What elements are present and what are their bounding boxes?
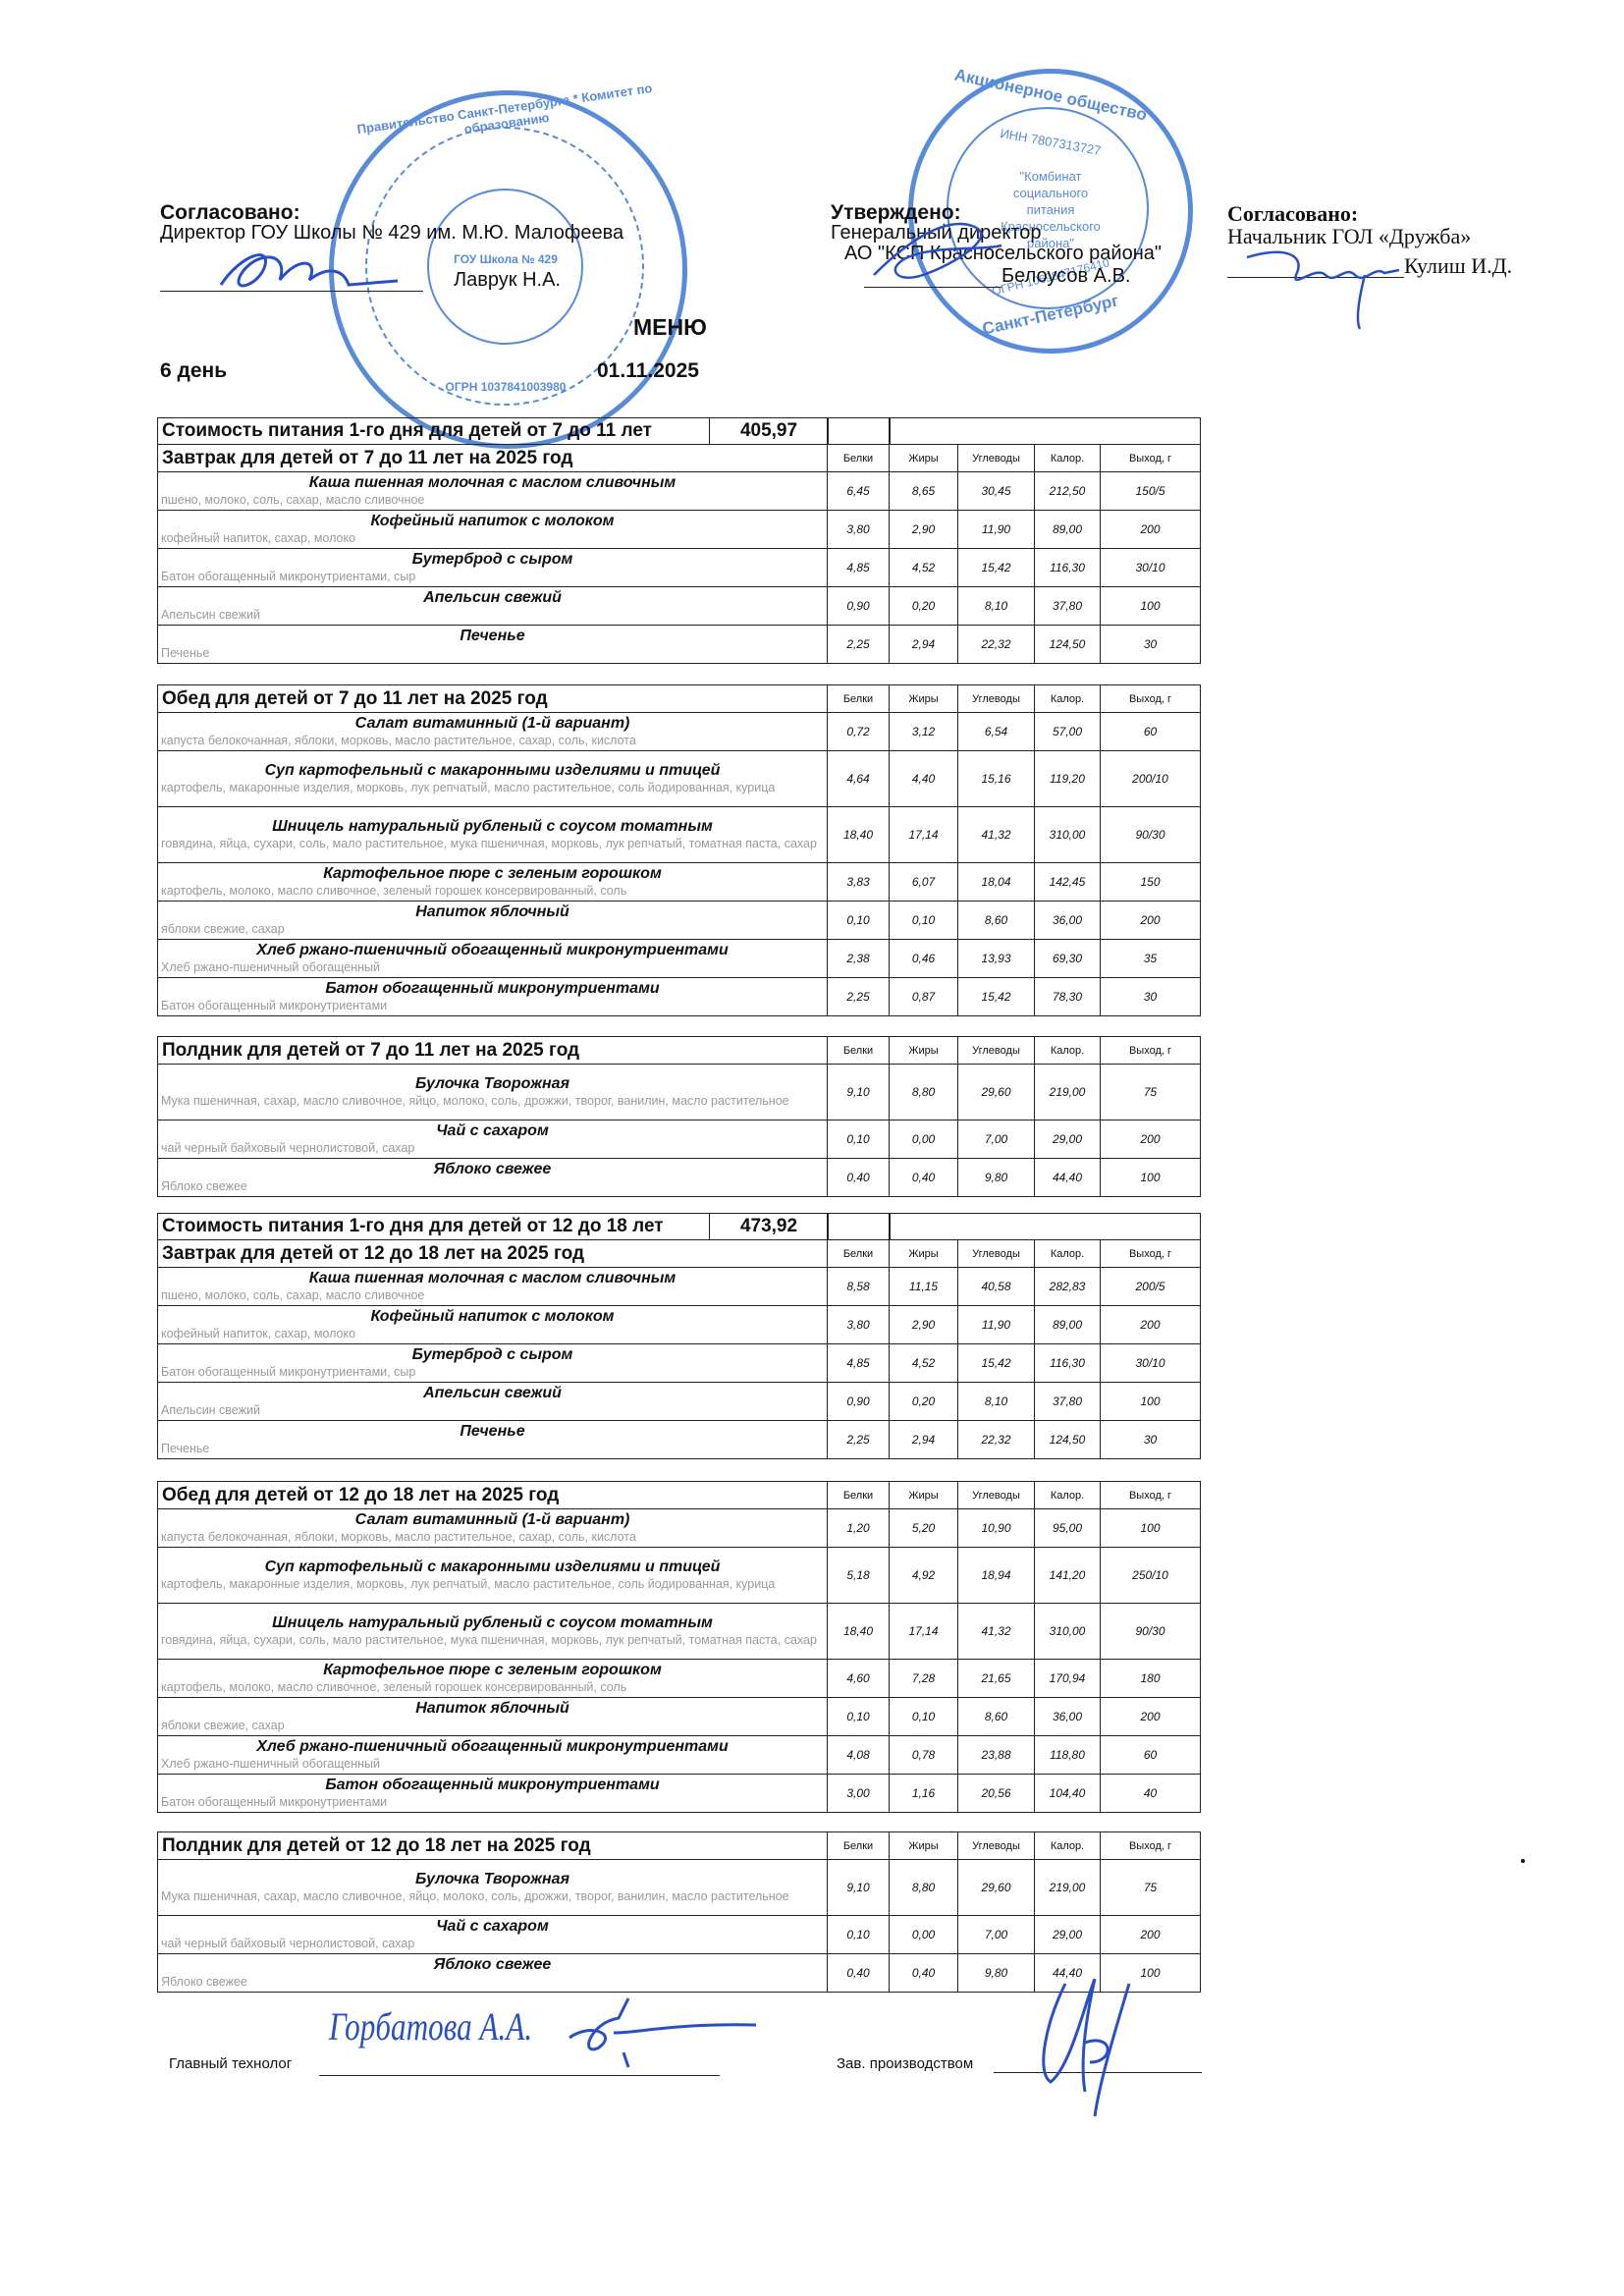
- nutrition-value: 75: [1101, 1065, 1201, 1121]
- section-header-row: Обед для детей от 12 до 18 лет на 2025 г…: [158, 1482, 1201, 1509]
- dish-cell: Картофельное пюре с зеленым горошкомкарт…: [158, 1660, 828, 1698]
- dish-ingredients: Хлеб ржано-пшеничный обогащенный: [161, 959, 824, 976]
- dish-name: Булочка Творожная: [161, 1871, 824, 1888]
- dish-cell: Хлеб ржано-пшеничный обогащенный микрону…: [158, 1736, 828, 1775]
- nutrition-value: 30/10: [1101, 1344, 1201, 1383]
- nutrition-value: 11,15: [890, 1268, 958, 1306]
- nutrition-value: 37,80: [1035, 1383, 1101, 1421]
- nutrition-value: 15,42: [958, 1344, 1035, 1383]
- nutrition-value: 0,40: [828, 1954, 890, 1993]
- nutrition-value: 18,04: [958, 863, 1035, 902]
- nutrition-value: 60: [1101, 713, 1201, 751]
- column-header: Калор.: [1035, 1037, 1101, 1065]
- nutrition-value: 2,94: [890, 626, 958, 664]
- nutrition-value: 2,25: [828, 1421, 890, 1459]
- nutrition-value: 30/10: [1101, 549, 1201, 587]
- dish-ingredients: Печенье: [161, 645, 824, 662]
- dish-row: ПеченьеПеченье2,252,9422,32124,5030: [158, 1421, 1201, 1459]
- nutrition-value: 11,90: [958, 1306, 1035, 1344]
- nutrition-value: 40,58: [958, 1268, 1035, 1306]
- nutrition-value: 104,40: [1035, 1775, 1101, 1813]
- dish-ingredients: Батон обогащенный микронутриентами: [161, 1794, 824, 1811]
- nutrition-value: 4,60: [828, 1660, 890, 1698]
- dish-row: Батон обогащенный микронутриентамиБатон …: [158, 978, 1201, 1016]
- section-title: Обед для детей от 12 до 18 лет на 2025 г…: [158, 1482, 828, 1509]
- nutrition-value: 4,40: [890, 751, 958, 807]
- cost-value: 473,92: [709, 1214, 828, 1239]
- nutrition-value: 0,10: [890, 902, 958, 940]
- nutrition-value: 90/30: [1101, 1604, 1201, 1660]
- nutrition-value: 41,32: [958, 807, 1035, 863]
- nutrition-value: 29,60: [958, 1860, 1035, 1916]
- nutrition-value: 13,93: [958, 940, 1035, 978]
- nutrition-value: 8,60: [958, 902, 1035, 940]
- dish-cell: Шницель натуральный рубленый с соусом то…: [158, 1604, 828, 1660]
- dish-row: Шницель натуральный рубленый с соусом то…: [158, 1604, 1201, 1660]
- dish-cell: ПеченьеПеченье: [158, 1421, 828, 1459]
- nutrition-value: 200: [1101, 511, 1201, 549]
- nutrition-value: 2,94: [890, 1421, 958, 1459]
- dish-name: Картофельное пюре с зеленым горошком: [161, 1662, 824, 1679]
- nutrition-value: 78,30: [1035, 978, 1101, 1016]
- dish-row: Суп картофельный с макаронными изделиями…: [158, 751, 1201, 807]
- nutrition-value: 212,50: [1035, 472, 1101, 511]
- dish-row: Картофельное пюре с зеленым горошкомкарт…: [158, 1660, 1201, 1698]
- nutrition-value: 8,65: [890, 472, 958, 511]
- production-head-signature: [1026, 1974, 1144, 2121]
- nutrition-value: 200/5: [1101, 1268, 1201, 1306]
- nutrition-value: 6,45: [828, 472, 890, 511]
- dish-ingredients: Мука пшеничная, сахар, масло сливочное, …: [161, 1888, 824, 1905]
- nutrition-value: 170,94: [1035, 1660, 1101, 1698]
- nutrition-value: 7,00: [958, 1121, 1035, 1159]
- dish-name: Бутерброд с сыром: [161, 1346, 824, 1364]
- nutrition-value: 4,52: [890, 549, 958, 587]
- menu-table: Обед для детей от 7 до 11 лет на 2025 го…: [157, 684, 1201, 1016]
- nutrition-value: 89,00: [1035, 1306, 1101, 1344]
- dish-name: Батон обогащенный микронутриентами: [161, 1777, 824, 1794]
- nutrition-value: 22,32: [958, 1421, 1035, 1459]
- dish-cell: Апельсин свежийАпельсин свежий: [158, 1383, 828, 1421]
- dish-cell: Каша пшенная молочная с маслом сливочным…: [158, 1268, 828, 1306]
- dish-cell: Кофейный напиток с молокомкофейный напит…: [158, 511, 828, 549]
- column-header: Белки: [828, 1037, 890, 1065]
- dish-ingredients: говядина, яйца, сухари, соль, мало расти…: [161, 836, 824, 852]
- nutrition-value: 9,10: [828, 1065, 890, 1121]
- nutrition-value: 200: [1101, 1916, 1201, 1954]
- nutrition-value: 17,14: [890, 807, 958, 863]
- nutrition-value: 200: [1101, 1306, 1201, 1344]
- dish-name: Суп картофельный с макаронными изделиями…: [161, 762, 824, 780]
- nutrition-value: 89,00: [1035, 511, 1101, 549]
- dish-cell: Яблоко свежееЯблоко свежее: [158, 1954, 828, 1993]
- nutrition-value: 90/30: [1101, 807, 1201, 863]
- nutrition-value: 22,32: [958, 626, 1035, 664]
- nutrition-value: 9,80: [958, 1954, 1035, 1993]
- nutrition-value: 29,60: [958, 1065, 1035, 1121]
- nutrition-value: 75: [1101, 1860, 1201, 1916]
- nutrition-value: 0,72: [828, 713, 890, 751]
- nutrition-value: 0,10: [828, 1916, 890, 1954]
- dish-ingredients: Батон обогащенный микронутриентами: [161, 998, 824, 1014]
- dish-ingredients: Апельсин свежий: [161, 1402, 824, 1419]
- director-signature: [211, 236, 407, 304]
- dish-ingredients: говядина, яйца, сухари, соль, мало расти…: [161, 1632, 824, 1649]
- column-header: Калор.: [1035, 1832, 1101, 1860]
- dish-name: Суп картофельный с макаронными изделиями…: [161, 1558, 824, 1576]
- dish-ingredients: яблоки свежие, сахар: [161, 921, 824, 938]
- dish-row: Картофельное пюре с зеленым горошкомкарт…: [158, 863, 1201, 902]
- dish-name: Салат витаминный (1-й вариант): [161, 715, 824, 733]
- nutrition-value: 219,00: [1035, 1860, 1101, 1916]
- dish-name: Чай с сахаром: [161, 1918, 824, 1936]
- nutrition-value: 116,30: [1035, 1344, 1101, 1383]
- nutrition-value: 35: [1101, 940, 1201, 978]
- dish-name: Бутерброд с сыром: [161, 551, 824, 569]
- nutrition-value: 41,32: [958, 1604, 1035, 1660]
- nutrition-value: 2,25: [828, 978, 890, 1016]
- nutrition-value: 310,00: [1035, 1604, 1101, 1660]
- nutrition-value: 2,25: [828, 626, 890, 664]
- dish-cell: Бутерброд с сыромБатон обогащенный микро…: [158, 1344, 828, 1383]
- school-stamp-center: ГОУ Школа № 429: [432, 252, 579, 266]
- dish-name: Апельсин свежий: [161, 589, 824, 607]
- dish-cell: Булочка ТворожнаяМука пшеничная, сахар, …: [158, 1860, 828, 1916]
- column-header: Жиры: [890, 1240, 958, 1268]
- nutrition-value: 60: [1101, 1736, 1201, 1775]
- nutrition-value: 7,00: [958, 1916, 1035, 1954]
- nutrition-value: 150: [1101, 863, 1201, 902]
- nutrition-value: 10,90: [958, 1509, 1035, 1548]
- column-header: Выход, г: [1101, 1482, 1201, 1509]
- nutrition-value: 200: [1101, 902, 1201, 940]
- nutrition-value: 0,10: [828, 1698, 890, 1736]
- nutrition-value: 282,83: [1035, 1268, 1101, 1306]
- nutrition-value: 15,42: [958, 549, 1035, 587]
- column-header: Жиры: [890, 685, 958, 713]
- dish-cell: Хлеб ржано-пшеничный обогащенный микрону…: [158, 940, 828, 978]
- nutrition-value: 0,40: [828, 1159, 890, 1197]
- technologist-signature: [560, 1994, 776, 2072]
- column-header: Углеводы: [958, 1240, 1035, 1268]
- dish-cell: Салат витаминный (1-й вариант)капуста бе…: [158, 1509, 828, 1548]
- dish-name: Напиток яблочный: [161, 903, 824, 921]
- nutrition-value: 0,00: [890, 1121, 958, 1159]
- column-header: Калор.: [1035, 1482, 1101, 1509]
- dish-row: Салат витаминный (1-й вариант)капуста бе…: [158, 1509, 1201, 1548]
- nutrition-value: 3,83: [828, 863, 890, 902]
- nutrition-value: 8,60: [958, 1698, 1035, 1736]
- nutrition-value: 36,00: [1035, 1698, 1101, 1736]
- document-title: МЕНЮ: [633, 314, 707, 341]
- section-header-row: Завтрак для детей от 7 до 11 лет на 2025…: [158, 445, 1201, 472]
- dish-cell: Напиток яблочныйяблоки свежие, сахар: [158, 1698, 828, 1736]
- nutrition-value: 150/5: [1101, 472, 1201, 511]
- dish-cell: Суп картофельный с макаронными изделиями…: [158, 751, 828, 807]
- nutrition-value: 3,12: [890, 713, 958, 751]
- dish-name: Кофейный напиток с молоком: [161, 1308, 824, 1326]
- nutrition-value: 0,20: [890, 1383, 958, 1421]
- nutrition-value: 18,40: [828, 1604, 890, 1660]
- section-title: Полдник для детей от 12 до 18 лет на 202…: [158, 1832, 828, 1860]
- left-signer-name: Лаврук Н.А.: [454, 269, 561, 292]
- nutrition-value: 44,40: [1035, 1159, 1101, 1197]
- column-header: Выход, г: [1101, 1832, 1201, 1860]
- dish-ingredients: Мука пшеничная, сахар, масло сливочное, …: [161, 1093, 824, 1110]
- column-header: Жиры: [890, 1832, 958, 1860]
- dish-ingredients: кофейный напиток, сахар, молоко: [161, 530, 824, 547]
- column-header: Жиры: [890, 445, 958, 472]
- column-header: Углеводы: [958, 1832, 1035, 1860]
- dish-row: Бутерброд с сыромБатон обогащенный микро…: [158, 1344, 1201, 1383]
- nutrition-value: 0,90: [828, 1383, 890, 1421]
- nutrition-value: 0,00: [890, 1916, 958, 1954]
- section-title: Полдник для детей от 7 до 11 лет на 2025…: [158, 1037, 828, 1065]
- nutrition-value: 30,45: [958, 472, 1035, 511]
- section-header-row: Завтрак для детей от 12 до 18 лет на 202…: [158, 1240, 1201, 1268]
- dish-ingredients: Печенье: [161, 1441, 824, 1457]
- production-label: Зав. производством: [837, 2055, 973, 2072]
- nutrition-value: 0,78: [890, 1736, 958, 1775]
- dish-row: Салат витаминный (1-й вариант)капуста бе…: [158, 713, 1201, 751]
- dish-cell: Батон обогащенный микронутриентамиБатон …: [158, 978, 828, 1016]
- nutrition-value: 4,85: [828, 549, 890, 587]
- dish-cell: ПеченьеПеченье: [158, 626, 828, 664]
- dish-row: Апельсин свежийАпельсин свежий0,900,208,…: [158, 587, 1201, 626]
- dish-ingredients: Батон обогащенный микронутриентами, сыр: [161, 1364, 824, 1381]
- dish-cell: Булочка ТворожнаяМука пшеничная, сахар, …: [158, 1065, 828, 1121]
- nutrition-value: 8,58: [828, 1268, 890, 1306]
- nutrition-value: 8,10: [958, 587, 1035, 626]
- dish-row: Булочка ТворожнаяМука пшеничная, сахар, …: [158, 1860, 1201, 1916]
- dish-cell: Шницель натуральный рубленый с соусом то…: [158, 807, 828, 863]
- column-header: Калор.: [1035, 1240, 1101, 1268]
- nutrition-value: 9,80: [958, 1159, 1035, 1197]
- dish-row: Суп картофельный с макаронными изделиями…: [158, 1548, 1201, 1604]
- section-header-row: Полдник для детей от 7 до 11 лет на 2025…: [158, 1037, 1201, 1065]
- nutrition-value: 9,10: [828, 1860, 890, 1916]
- dish-cell: Суп картофельный с макаронными изделиями…: [158, 1548, 828, 1604]
- dish-ingredients: пшено, молоко, соль, сахар, масло сливоч…: [161, 492, 824, 509]
- nutrition-value: 0,20: [890, 587, 958, 626]
- nutrition-value: 7,28: [890, 1660, 958, 1698]
- nutrition-value: 119,20: [1035, 751, 1101, 807]
- cost-value: 405,97: [709, 418, 828, 444]
- nutrition-value: 0,40: [890, 1954, 958, 1993]
- nutrition-value: 3,80: [828, 511, 890, 549]
- dish-name: Апельсин свежий: [161, 1385, 824, 1402]
- nutrition-value: 20,56: [958, 1775, 1035, 1813]
- nutrition-value: 124,50: [1035, 1421, 1101, 1459]
- nutrition-value: 116,30: [1035, 549, 1101, 587]
- dish-cell: Картофельное пюре с зеленым горошкомкарт…: [158, 863, 828, 902]
- dish-ingredients: чай черный байховый чернолистовой, сахар: [161, 1936, 824, 1952]
- right-signer-name: Кулиш И.Д.: [1404, 253, 1512, 279]
- technologist-label: Главный технолог: [169, 2055, 292, 2072]
- dish-name: Печенье: [161, 1423, 824, 1441]
- dish-ingredients: Яблоко свежее: [161, 1178, 824, 1195]
- nutrition-value: 18,40: [828, 807, 890, 863]
- nutrition-value: 0,40: [890, 1159, 958, 1197]
- dish-ingredients: Хлеб ржано-пшеничный обогащенный: [161, 1756, 824, 1773]
- dish-row: Батон обогащенный микронутриентамиБатон …: [158, 1775, 1201, 1813]
- technologist-signature-name: Горбатова А.А.: [329, 2003, 532, 2050]
- menu-table: Полдник для детей от 7 до 11 лет на 2025…: [157, 1036, 1201, 1197]
- dish-row: Бутерброд с сыромБатон обогащенный микро…: [158, 549, 1201, 587]
- nutrition-value: 250/10: [1101, 1548, 1201, 1604]
- camp-head-signature: [1227, 236, 1414, 334]
- column-header: Белки: [828, 1240, 890, 1268]
- dish-ingredients: чай черный байховый чернолистовой, сахар: [161, 1140, 824, 1157]
- nutrition-value: 29,00: [1035, 1121, 1101, 1159]
- dish-ingredients: пшено, молоко, соль, сахар, масло сливоч…: [161, 1287, 824, 1304]
- nutrition-value: 30: [1101, 626, 1201, 664]
- menu-date: 01.11.2025: [597, 359, 699, 383]
- section-title: Завтрак для детей от 12 до 18 лет на 202…: [158, 1240, 828, 1268]
- dish-name: Каша пшенная молочная с маслом сливочным: [161, 474, 824, 492]
- column-header: Жиры: [890, 1037, 958, 1065]
- nutrition-value: 0,87: [890, 978, 958, 1016]
- dish-name: Кофейный напиток с молоком: [161, 513, 824, 530]
- nutrition-value: 36,00: [1035, 902, 1101, 940]
- dish-ingredients: Яблоко свежее: [161, 1974, 824, 1991]
- dish-cell: Напиток яблочныйяблоки свежие, сахар: [158, 902, 828, 940]
- nutrition-value: 30: [1101, 1421, 1201, 1459]
- column-header: Углеводы: [958, 445, 1035, 472]
- dish-row: Кофейный напиток с молокомкофейный напит…: [158, 1306, 1201, 1344]
- column-header: Жиры: [890, 1482, 958, 1509]
- nutrition-value: 180: [1101, 1660, 1201, 1698]
- nutrition-value: 5,20: [890, 1509, 958, 1548]
- dish-name: Напиток яблочный: [161, 1700, 824, 1718]
- technologist-signature-line: [319, 2075, 720, 2076]
- nutrition-value: 18,94: [958, 1548, 1035, 1604]
- dish-row: ПеченьеПеченье2,252,9422,32124,5030: [158, 626, 1201, 664]
- dish-name: Чай с сахаром: [161, 1122, 824, 1140]
- dish-name: Печенье: [161, 628, 824, 645]
- dish-row: Кофейный напиток с молокомкофейный напит…: [158, 511, 1201, 549]
- dish-ingredients: картофель, молоко, масло сливочное, зеле…: [161, 883, 824, 900]
- dish-cell: Батон обогащенный микронутриентамиБатон …: [158, 1775, 828, 1813]
- dish-name: Яблоко свежее: [161, 1956, 824, 1974]
- nutrition-value: 124,50: [1035, 626, 1101, 664]
- dish-ingredients: капуста белокочанная, яблоки, морковь, м…: [161, 733, 824, 749]
- nutrition-value: 4,64: [828, 751, 890, 807]
- dish-name: Шницель натуральный рубленый с соусом то…: [161, 818, 824, 836]
- section-title: Завтрак для детей от 7 до 11 лет на 2025…: [158, 445, 828, 472]
- nutrition-value: 0,46: [890, 940, 958, 978]
- nutrition-value: 200: [1101, 1121, 1201, 1159]
- nutrition-value: 219,00: [1035, 1065, 1101, 1121]
- dish-name: Яблоко свежее: [161, 1161, 824, 1178]
- dish-row: Каша пшенная молочная с маслом сливочным…: [158, 1268, 1201, 1306]
- column-header: Углеводы: [958, 1037, 1035, 1065]
- nutrition-value: 310,00: [1035, 807, 1101, 863]
- dish-ingredients: капуста белокочанная, яблоки, морковь, м…: [161, 1529, 824, 1546]
- column-header: Калор.: [1035, 445, 1101, 472]
- nutrition-value: 95,00: [1035, 1509, 1101, 1548]
- dish-name: Картофельное пюре с зеленым горошком: [161, 865, 824, 883]
- nutrition-value: 11,90: [958, 511, 1035, 549]
- nutrition-value: 200/10: [1101, 751, 1201, 807]
- column-header: Выход, г: [1101, 445, 1201, 472]
- column-header: Углеводы: [958, 685, 1035, 713]
- dish-row: Булочка ТворожнаяМука пшеничная, сахар, …: [158, 1065, 1201, 1121]
- nutrition-value: 6,54: [958, 713, 1035, 751]
- column-header: Белки: [828, 1482, 890, 1509]
- dish-name: Батон обогащенный микронутриентами: [161, 980, 824, 998]
- dish-cell: Чай с сахаромчай черный байховый черноли…: [158, 1121, 828, 1159]
- nutrition-value: 17,14: [890, 1604, 958, 1660]
- dish-name: Салат витаминный (1-й вариант): [161, 1511, 824, 1529]
- dish-row: Шницель натуральный рубленый с соусом то…: [158, 807, 1201, 863]
- dish-cell: Салат витаминный (1-й вариант)капуста бе…: [158, 713, 828, 751]
- nutrition-value: 141,20: [1035, 1548, 1101, 1604]
- dish-row: Хлеб ржано-пшеничный обогащенный микрону…: [158, 1736, 1201, 1775]
- nutrition-value: 29,00: [1035, 1916, 1101, 1954]
- column-header: Белки: [828, 685, 890, 713]
- dish-ingredients: Батон обогащенный микронутриентами, сыр: [161, 569, 824, 585]
- nutrition-value: 1,20: [828, 1509, 890, 1548]
- menu-table: Стоимость питания 1-го дня для детей от …: [157, 1213, 1201, 1459]
- nutrition-value: 2,90: [890, 511, 958, 549]
- cost-row: Стоимость питания 1-го дня для детей от …: [158, 1214, 1201, 1240]
- nutrition-value: 200: [1101, 1698, 1201, 1736]
- nutrition-value: 8,80: [890, 1065, 958, 1121]
- dish-name: Хлеб ржано-пшеничный обогащенный микрону…: [161, 942, 824, 959]
- nutrition-value: 5,18: [828, 1548, 890, 1604]
- day-label: 6 день: [160, 359, 227, 383]
- dish-name: Булочка Творожная: [161, 1075, 824, 1093]
- dish-row: Чай с сахаромчай черный байховый черноли…: [158, 1121, 1201, 1159]
- dish-ingredients: кофейный напиток, сахар, молоко: [161, 1326, 824, 1342]
- nutrition-value: 142,45: [1035, 863, 1101, 902]
- nutrition-value: 100: [1101, 1159, 1201, 1197]
- nutrition-value: 4,85: [828, 1344, 890, 1383]
- dish-row: Напиток яблочныйяблоки свежие, сахар0,10…: [158, 1698, 1201, 1736]
- dish-cell: Яблоко свежееЯблоко свежее: [158, 1159, 828, 1197]
- general-director-signature: [864, 206, 1011, 295]
- dish-row: Каша пшенная молочная с маслом сливочным…: [158, 472, 1201, 511]
- nutrition-value: 4,08: [828, 1736, 890, 1775]
- nutrition-value: 2,38: [828, 940, 890, 978]
- nutrition-value: 15,16: [958, 751, 1035, 807]
- nutrition-value: 1,16: [890, 1775, 958, 1813]
- nutrition-value: 118,80: [1035, 1736, 1101, 1775]
- nutrition-value: 40: [1101, 1775, 1201, 1813]
- nutrition-value: 21,65: [958, 1660, 1035, 1698]
- nutrition-value: 4,52: [890, 1344, 958, 1383]
- column-header: Белки: [828, 1832, 890, 1860]
- nutrition-value: 6,07: [890, 863, 958, 902]
- dish-name: Каша пшенная молочная с маслом сливочным: [161, 1270, 824, 1287]
- menu-table: Стоимость питания 1-го дня для детей от …: [157, 417, 1201, 664]
- menu-table: Полдник для детей от 12 до 18 лет на 202…: [157, 1831, 1201, 1993]
- nutrition-value: 0,90: [828, 587, 890, 626]
- dish-ingredients: картофель, макаронные изделия, морковь, …: [161, 1576, 824, 1593]
- nutrition-value: 30: [1101, 978, 1201, 1016]
- dish-name: Шницель натуральный рубленый с соусом то…: [161, 1614, 824, 1632]
- dish-row: Хлеб ржано-пшеничный обогащенный микрону…: [158, 940, 1201, 978]
- nutrition-value: 37,80: [1035, 587, 1101, 626]
- dish-row: Апельсин свежийАпельсин свежий0,900,208,…: [158, 1383, 1201, 1421]
- section-header-row: Полдник для детей от 12 до 18 лет на 202…: [158, 1832, 1201, 1860]
- nutrition-value: 0,10: [890, 1698, 958, 1736]
- column-header: Выход, г: [1101, 1240, 1201, 1268]
- column-header: Выход, г: [1101, 685, 1201, 713]
- nutrition-value: 3,80: [828, 1306, 890, 1344]
- dish-cell: Чай с сахаромчай черный байховый черноли…: [158, 1916, 828, 1954]
